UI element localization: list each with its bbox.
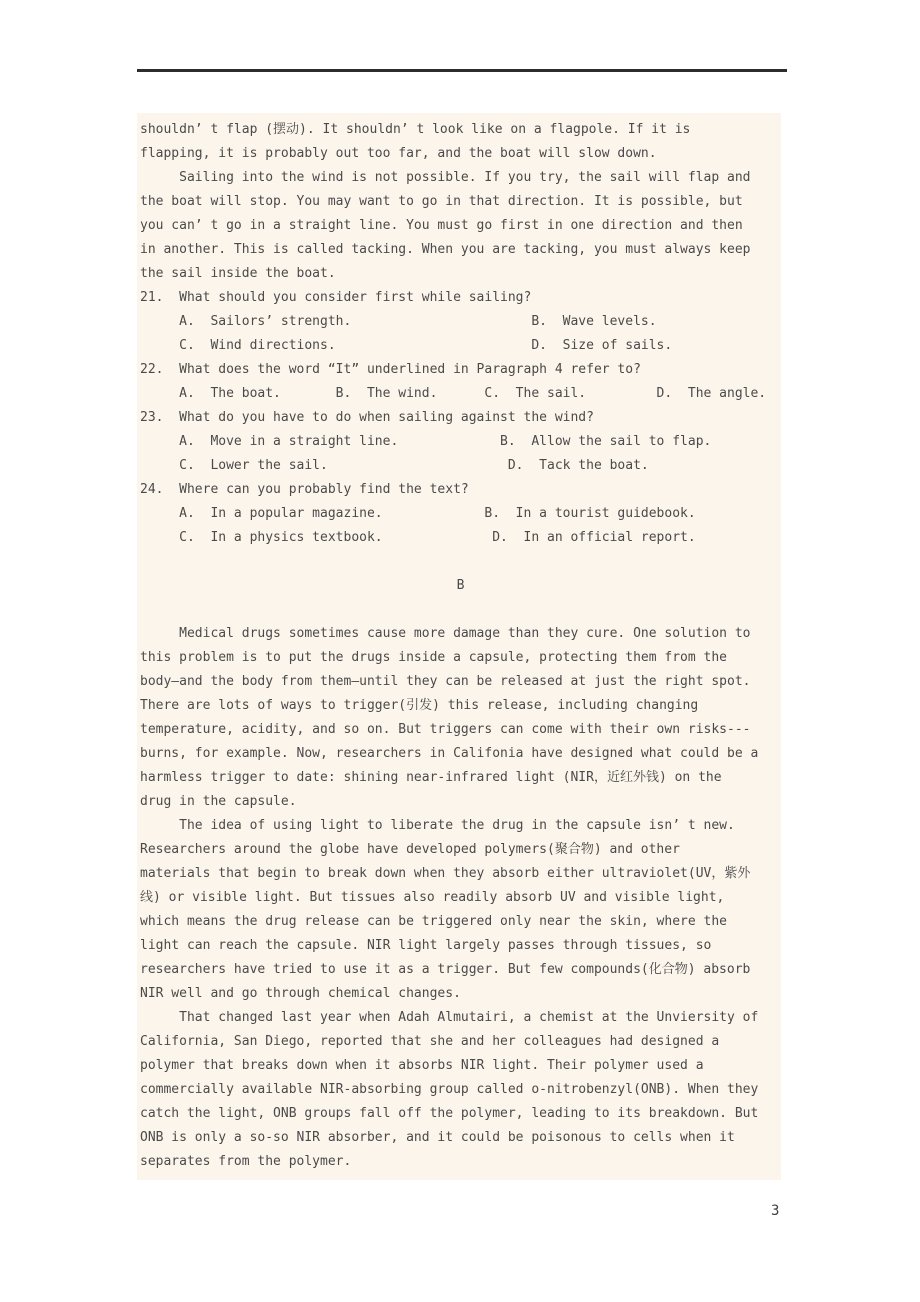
question-24-options-ab: A. In a popular magazine. B. In a touris…	[140, 502, 781, 526]
passage-b-line: researchers have tried to use it as a tr…	[140, 958, 781, 982]
question-23-stem: 23. What do you have to do when sailing …	[140, 406, 781, 430]
passage-b-line: There are lots of ways to trigger(引发) th…	[140, 694, 781, 718]
passage-b-line: Medical drugs sometimes cause more damag…	[140, 622, 781, 646]
question-24-options-cd: C. In a physics textbook. D. In an offic…	[140, 526, 781, 550]
page-number: 3	[771, 1203, 779, 1219]
passage-b-line: burns, for example. Now, researchers in …	[140, 742, 781, 766]
passage-a-line: shouldn’ t flap (摆动). It shouldn’ t look…	[140, 118, 781, 142]
passage-a-line: the sail inside the boat.	[140, 262, 781, 286]
question-23-options-ab: A. Move in a straight line. B. Allow the…	[140, 430, 781, 454]
question-21-options-ab: A. Sailors’ strength. B. Wave levels.	[140, 310, 781, 334]
passage-b-line: The idea of using light to liberate the …	[140, 814, 781, 838]
question-23-options-cd: C. Lower the sail. D. Tack the boat.	[140, 454, 781, 478]
passage-b-line: polymer that breaks down when it absorbs…	[140, 1054, 781, 1078]
passage-a-line: Sailing into the wind is not possible. I…	[140, 166, 781, 190]
passage-b-line: ONB is only a so-so NIR absorber, and it…	[140, 1126, 781, 1150]
question-22-stem: 22. What does the word “It” underlined i…	[140, 358, 781, 382]
spacer	[140, 550, 781, 574]
passage-a-line: flapping, it is probably out too far, an…	[140, 142, 781, 166]
passage-a-line: you can’ t go in a straight line. You mu…	[140, 214, 781, 238]
section-b-heading: B	[140, 574, 781, 598]
passage-b-line: materials that begin to break down when …	[140, 862, 781, 886]
passage-b-line: drug in the capsule.	[140, 790, 781, 814]
passage-b-line: Researchers around the globe have develo…	[140, 838, 781, 862]
header-rule	[137, 69, 787, 72]
passage-a-line: the boat will stop. You may want to go i…	[140, 190, 781, 214]
question-21-options-cd: C. Wind directions. D. Size of sails.	[140, 334, 781, 358]
question-22-options-abcd: A. The boat. B. The wind. C. The sail. D…	[140, 382, 781, 406]
passage-b-line: harmless trigger to date: shining near-i…	[140, 766, 781, 790]
passage-b-line: NIR well and go through chemical changes…	[140, 982, 781, 1006]
passage-b-line: separates from the polymer.	[140, 1150, 781, 1174]
passage-b-line: commercially available NIR-absorbing gro…	[140, 1078, 781, 1102]
passage-b-line: catch the light, ONB groups fall off the…	[140, 1102, 781, 1126]
passage-b-line: California, San Diego, reported that she…	[140, 1030, 781, 1054]
passage-b-line: 线) or visible light. But tissues also re…	[140, 886, 781, 910]
passage-a-line: in another. This is called tacking. When…	[140, 238, 781, 262]
question-21-stem: 21. What should you consider first while…	[140, 286, 781, 310]
passage-b-line: That changed last year when Adah Almutai…	[140, 1006, 781, 1030]
passage-b-line: this problem is to put the drugs inside …	[140, 646, 781, 670]
exam-content-panel: shouldn’ t flap (摆动). It shouldn’ t look…	[137, 113, 781, 1180]
passage-b-line: which means the drug release can be trig…	[140, 910, 781, 934]
passage-b-line: temperature, acidity, and so on. But tri…	[140, 718, 781, 742]
passage-b-line: body—and the body from them—until they c…	[140, 670, 781, 694]
question-24-stem: 24. Where can you probably find the text…	[140, 478, 781, 502]
exam-page: { "colors": { "panel_background": "#fcf5…	[0, 0, 920, 1302]
spacer	[140, 598, 781, 622]
passage-b-line: light can reach the capsule. NIR light l…	[140, 934, 781, 958]
